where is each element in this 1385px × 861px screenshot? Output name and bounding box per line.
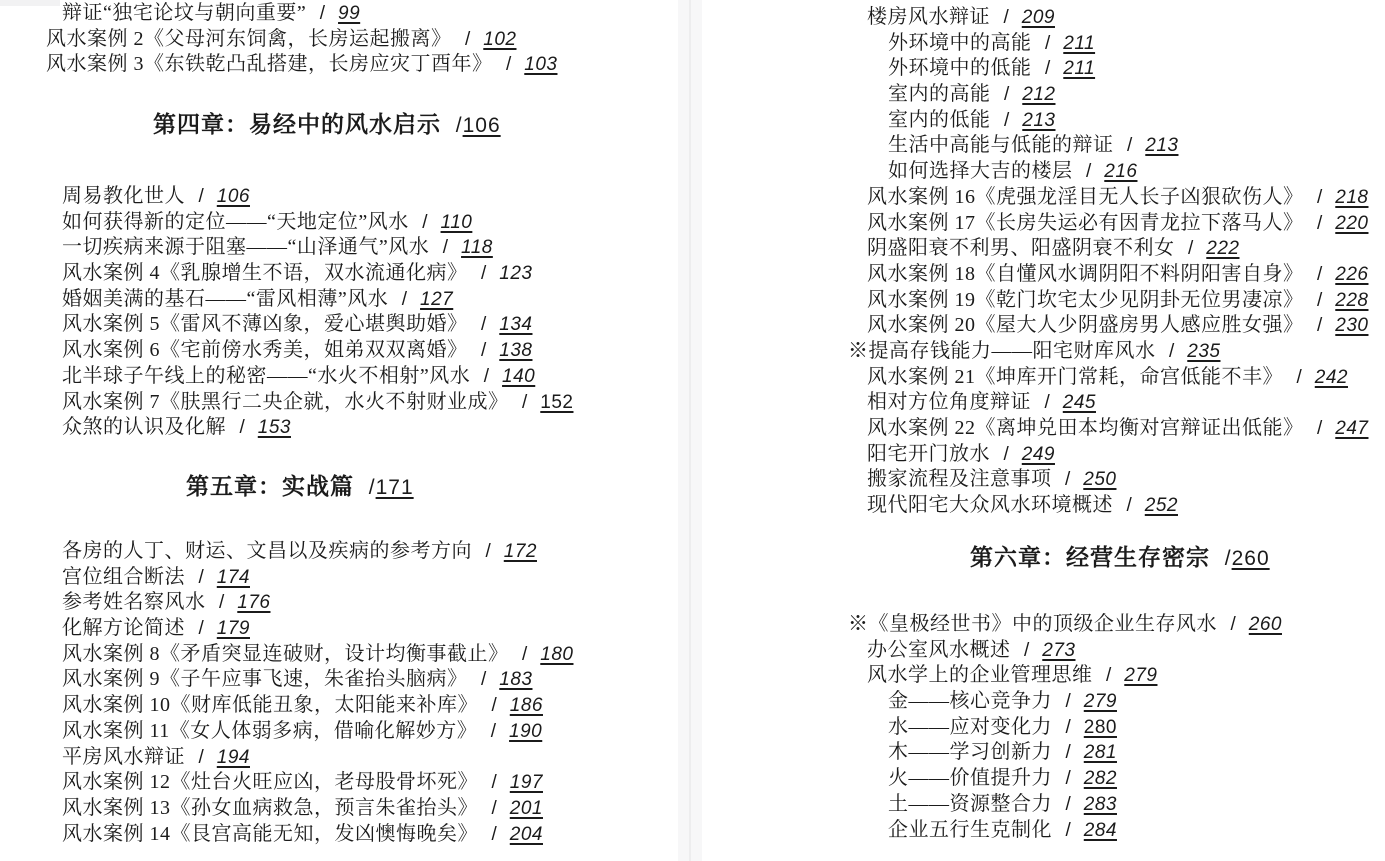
toc-entry: 楼房风水辩证 / 209 — [693, 5, 1385, 31]
toc-entry-title: 风水案例 17《长房失运必有因青龙拉下落马人》 — [867, 212, 1304, 234]
toc-page-number: 127 — [420, 289, 453, 310]
toc-entry-title: 室内的低能 — [888, 109, 991, 131]
toc-entry: 一切疾病来源于阻塞——“山泽通气”风水 / 118 — [0, 235, 692, 261]
toc-entry-title: 各房的人丁、财运、文昌以及疾病的参考方向 — [62, 540, 472, 562]
toc-entry: 参考姓名察风水 / 176 — [0, 590, 692, 616]
toc-page-number: 211 — [1063, 58, 1095, 79]
toc-entry: 如何获得新的定位——“天地定位”风水 / 110 — [0, 210, 692, 236]
toc-entry: 金——核心竞争力 / 279 — [693, 689, 1385, 715]
toc-entry-title: 生活中高能与低能的辩证 — [888, 134, 1114, 156]
toc-separator: / — [492, 824, 498, 845]
toc-page-number: 280 — [1084, 717, 1117, 738]
toc-entry: 阳宅开门放水 / 249 — [693, 442, 1385, 468]
toc-separator: / — [506, 54, 512, 75]
toc-page-number: 138 — [499, 340, 532, 361]
chapter-separator: / — [1225, 547, 1232, 570]
toc-page-number: 282 — [1084, 768, 1117, 789]
toc-entry-title: 如何选择大吉的楼层 — [888, 160, 1073, 182]
toc-entry-title: ※《皇极经世书》中的顶级企业生存风水 — [848, 613, 1217, 635]
toc-page-number: 99 — [338, 3, 360, 24]
toc-entry-title: 风水案例 3《东铁乾凸乱搭建，长房应灾丁酉年》 — [46, 53, 493, 75]
toc-entry-title: 搬家流程及注意事项 — [867, 468, 1052, 490]
toc-entry: 风水案例 14《艮宫高能无知，发凶懊悔晚矣》 / 204 — [0, 822, 692, 848]
toc-page-number: 190 — [509, 721, 542, 742]
toc-entry: 风水案例 9《子午应事飞速，朱雀抬头脑病》 / 183 — [0, 667, 692, 693]
book-toc-spread: 辩证“独宅论坟与朝向重要” / 99 风水案例 2《父母河东饲禽，长房运起搬离》… — [0, 0, 1385, 861]
chapter-heading-6: 第六章：经营生存密宗 /260 — [693, 543, 1385, 574]
toc-entry-title: 一切疾病来源于阻塞——“山泽通气”风水 — [62, 236, 429, 258]
toc-entry: 土——资源整合力 / 283 — [693, 792, 1385, 818]
toc-entry-title: 楼房风水辩证 — [867, 6, 990, 28]
toc-separator: / — [1066, 768, 1072, 789]
toc-entry: 辩证“独宅论坟与朝向重要” / 99 — [0, 1, 692, 27]
toc-separator: / — [1045, 58, 1051, 79]
toc-entry-title: 周易教化世人 — [62, 185, 185, 207]
toc-separator: / — [1066, 691, 1072, 712]
toc-separator: / — [240, 417, 246, 438]
toc-separator: / — [1004, 7, 1010, 28]
chapter-page-number: 260 — [1232, 547, 1270, 570]
toc-list-chapter4: 周易教化世人 / 106 如何获得新的定位——“天地定位”风水 / 110 一切… — [0, 184, 692, 441]
toc-separator: / — [491, 721, 497, 742]
chapter-title: 第六章：经营生存密宗 — [970, 545, 1210, 570]
toc-entry: 风水案例 2《父母河东饲禽，长房运起搬离》 / 102 — [0, 27, 692, 53]
toc-entry-title: 风水案例 7《肤黑行二央企就，水火不射财业成》 — [62, 391, 509, 413]
toc-separator: / — [199, 747, 205, 768]
chapter-separator: / — [456, 114, 463, 137]
toc-separator: / — [492, 772, 498, 793]
toc-separator: / — [486, 541, 492, 562]
toc-page-number: 279 — [1124, 665, 1157, 686]
toc-separator: / — [402, 289, 408, 310]
toc-separator: / — [1086, 161, 1092, 182]
toc-separator: / — [199, 186, 205, 207]
toc-page-number: 152 — [540, 392, 573, 413]
toc-entry-title: 风水案例 14《艮宫高能无知，发凶懊悔晚矣》 — [62, 823, 478, 845]
toc-page-number: 172 — [504, 541, 537, 562]
toc-entry-title: 众煞的认识及化解 — [62, 416, 226, 438]
toc-entry: 风水案例 16《虎强龙淫目无人长子凶狠砍伤人》 / 218 — [693, 185, 1385, 211]
toc-entry-title: 风水案例 12《灶台火旺应凶，老母股骨坏死》 — [62, 771, 478, 793]
toc-separator: / — [1317, 290, 1323, 311]
toc-entry-title: 室内的高能 — [888, 83, 991, 105]
toc-entry-title: 外环境中的高能 — [888, 32, 1032, 54]
toc-page-number: 213 — [1022, 110, 1055, 131]
toc-entry: 室内的高能 / 212 — [693, 82, 1385, 108]
toc-entry-title: 婚姻美满的基石——“雷风相薄”风水 — [62, 288, 388, 310]
toc-entry-title: 相对方位角度辩证 — [867, 391, 1031, 413]
toc-separator: / — [219, 592, 225, 613]
toc-entry-title: 风水案例 16《虎强龙淫目无人长子凶狠砍伤人》 — [867, 186, 1304, 208]
toc-page-number: 204 — [510, 824, 543, 845]
toc-entry-title: 风水学上的企业管理思维 — [867, 664, 1093, 686]
toc-page-number: 218 — [1335, 187, 1368, 208]
toc-page-number: 283 — [1084, 794, 1117, 815]
toc-page-number: 197 — [510, 772, 543, 793]
toc-separator: / — [422, 212, 428, 233]
toc-entry-title: 金——核心竞争力 — [888, 690, 1052, 712]
toc-separator: / — [1004, 110, 1010, 131]
toc-separator: / — [1106, 665, 1112, 686]
toc-entry-title: 风水案例 20《屋大人少阴盛房男人感应胜女强》 — [867, 314, 1304, 336]
toc-entry-title: 外环境中的低能 — [888, 57, 1032, 79]
toc-separator: / — [481, 669, 487, 690]
toc-entry-title: 木——学习创新力 — [888, 741, 1052, 763]
toc-separator: / — [1045, 392, 1051, 413]
toc-separator: / — [492, 695, 498, 716]
toc-entry: 木——学习创新力 / 281 — [693, 740, 1385, 766]
toc-separator: / — [1045, 33, 1051, 54]
toc-entry: 阴盛阳衰不利男、阳盛阴衰不利女 / 222 — [693, 236, 1385, 262]
toc-entry-title: 风水案例 19《乾门坎宅太少见阴卦无位男凄凉》 — [867, 289, 1304, 311]
toc-entry-title: 参考姓名察风水 — [62, 591, 206, 613]
toc-page-number: 209 — [1022, 7, 1055, 28]
toc-entry: 搬家流程及注意事项 / 250 — [693, 467, 1385, 493]
toc-page-number: 249 — [1022, 444, 1055, 465]
toc-page-number: 134 — [499, 314, 532, 335]
chapter-title: 第五章：实战篇 — [186, 474, 354, 499]
chapter-separator: / — [369, 476, 376, 499]
toc-page-number: 153 — [258, 417, 291, 438]
toc-page-number: 279 — [1084, 691, 1117, 712]
toc-separator: / — [1066, 742, 1072, 763]
toc-page-number: 247 — [1335, 418, 1368, 439]
toc-entry: 风水案例 22《离坤兑田本均衡对宫辩证出低能》 / 247 — [693, 416, 1385, 442]
toc-entry: 风水案例 3《东铁乾凸乱搭建，长房应灾丁酉年》 / 103 — [0, 52, 692, 78]
toc-separator: / — [481, 340, 487, 361]
toc-separator: / — [199, 618, 205, 639]
toc-separator: / — [492, 798, 498, 819]
chapter-title: 第四章：易经中的风水启示 — [153, 112, 441, 137]
toc-entry: 北半球子午线上的秘密——“水火不相射”风水 / 140 — [0, 364, 692, 390]
toc-separator: / — [1231, 614, 1237, 635]
toc-separator: / — [1024, 640, 1030, 661]
toc-page-number: 216 — [1104, 161, 1137, 182]
toc-page-number: 118 — [461, 237, 493, 258]
toc-entry: 风水案例 12《灶台火旺应凶，老母股骨坏死》 / 197 — [0, 770, 692, 796]
toc-entry: 风水案例 5《雷风不薄凶象，爱心堪舆助婚》 / 134 — [0, 312, 692, 338]
toc-entry: 风水案例 19《乾门坎宅太少见阴卦无位男凄凉》 / 228 — [693, 288, 1385, 314]
toc-page-number: 103 — [524, 54, 557, 75]
toc-page-number: 176 — [237, 592, 270, 613]
toc-page-number: 242 — [1315, 367, 1348, 388]
toc-page-number: 174 — [217, 567, 250, 588]
toc-page-number: 213 — [1145, 135, 1178, 156]
toc-entry-title: 风水案例 9《子午应事飞速，朱雀抬头脑病》 — [62, 668, 468, 690]
toc-list-chapter5: 各房的人丁、财运、文昌以及疾病的参考方向 / 172 宫位组合断法 / 174 … — [0, 539, 692, 847]
toc-entry: 办公室风水概述 / 273 — [693, 638, 1385, 664]
toc-entry-title: 风水案例 21《坤库开门常耗，命宫低能不丰》 — [867, 366, 1283, 388]
toc-entry: 风水案例 17《长房失运必有因青龙拉下落马人》 / 220 — [693, 211, 1385, 237]
toc-entry-title: 企业五行生克制化 — [888, 819, 1052, 841]
toc-separator: / — [1169, 341, 1175, 362]
toc-page-number: 106 — [217, 186, 250, 207]
chapter-page-number: 171 — [376, 476, 414, 499]
toc-separator: / — [1127, 495, 1133, 516]
toc-list-prelude: 辩证“独宅论坟与朝向重要” / 99 风水案例 2《父母河东饲禽，长房运起搬离》… — [0, 1, 692, 78]
toc-entry-title: 风水案例 13《孙女血病救急，预言朱雀抬头》 — [62, 797, 478, 819]
toc-entry: 化解方论简述 / 179 — [0, 616, 692, 642]
toc-page-number: 212 — [1022, 84, 1055, 105]
toc-entry-title: 平房风水辩证 — [62, 746, 185, 768]
toc-entry-title: 办公室风水概述 — [867, 639, 1011, 661]
toc-entry: 水——应对变化力 / 280 — [693, 715, 1385, 741]
toc-entry: 风水案例 13《孙女血病救急，预言朱雀抬头》 / 201 — [0, 796, 692, 822]
toc-separator: / — [1317, 315, 1323, 336]
toc-entry-title: ※提高存钱能力——阳宅财库风水 — [848, 340, 1156, 362]
toc-entry: 外环境中的高能 / 211 — [693, 31, 1385, 57]
toc-entry-title: 风水案例 8《矛盾突显连破财，设计均衡事截止》 — [62, 643, 509, 665]
toc-separator: / — [1317, 187, 1323, 208]
toc-page-number: 123 — [499, 263, 532, 284]
toc-entry: 风水案例 8《矛盾突显连破财，设计均衡事截止》 / 180 — [0, 642, 692, 668]
toc-entry-title: 风水案例 5《雷风不薄凶象，爱心堪舆助婚》 — [62, 313, 468, 335]
toc-page-number: 260 — [1249, 614, 1282, 635]
toc-entry-title: 风水案例 10《财库低能丑象，太阳能来补库》 — [62, 694, 478, 716]
toc-separator: / — [199, 567, 205, 588]
toc-entry-title: 风水案例 18《自懂风水调阴阳不料阴阳害自身》 — [867, 263, 1304, 285]
toc-page-number: 201 — [510, 798, 543, 819]
toc-list-continuation: 楼房风水辩证 / 209 外环境中的高能 / 211 外环境中的低能 / 211… — [693, 5, 1385, 519]
toc-entry: 企业五行生克制化 / 284 — [693, 818, 1385, 844]
toc-separator: / — [481, 314, 487, 335]
toc-entry-title: 北半球子午线上的秘密——“水火不相射”风水 — [62, 365, 470, 387]
toc-entry: 风水案例 18《自懂风水调阴阳不料阴阳害自身》 / 226 — [693, 262, 1385, 288]
toc-page-number: 228 — [1335, 290, 1368, 311]
toc-entry: 风水案例 7《肤黑行二央企就，水火不射财业成》 / 152 — [0, 390, 692, 416]
toc-separator: / — [465, 29, 471, 50]
toc-entry: 平房风水辩证 / 194 — [0, 745, 692, 771]
toc-entry: 风水学上的企业管理思维 / 279 — [693, 663, 1385, 689]
toc-separator: / — [1317, 264, 1323, 285]
toc-entry: 婚姻美满的基石——“雷风相薄”风水 / 127 — [0, 287, 692, 313]
toc-list-chapter6: ※《皇极经世书》中的顶级企业生存风水 / 260 办公室风水概述 / 273 风… — [693, 612, 1385, 843]
toc-entry: 风水案例 10《财库低能丑象，太阳能来补库》 / 186 — [0, 693, 692, 719]
toc-page-number: 226 — [1335, 264, 1368, 285]
toc-entry: ※提高存钱能力——阳宅财库风水 / 235 — [693, 339, 1385, 365]
toc-entry-title: 风水案例 4《乳腺增生不语，双水流通化病》 — [62, 262, 468, 284]
toc-entry-title: 风水案例 22《离坤兑田本均衡对宫辩证出低能》 — [867, 417, 1304, 439]
toc-entry-title: 风水案例 2《父母河东饲禽，长房运起搬离》 — [46, 28, 452, 50]
toc-separator: / — [1127, 135, 1133, 156]
toc-page-right: 楼房风水辩证 / 209 外环境中的高能 / 211 外环境中的低能 / 211… — [693, 0, 1385, 861]
toc-entry: 生活中高能与低能的辩证 / 213 — [693, 133, 1385, 159]
toc-page-number: 235 — [1187, 341, 1220, 362]
toc-separator: / — [320, 3, 326, 24]
toc-separator: / — [522, 392, 528, 413]
toc-separator: / — [1066, 820, 1072, 841]
toc-entry: 如何选择大吉的楼层 / 216 — [693, 159, 1385, 185]
toc-page-number: 220 — [1335, 213, 1368, 234]
toc-separator: / — [1066, 794, 1072, 815]
toc-page-number: 273 — [1042, 640, 1075, 661]
toc-entry: 周易教化世人 / 106 — [0, 184, 692, 210]
toc-entry: 各房的人丁、财运、文昌以及疾病的参考方向 / 172 — [0, 539, 692, 565]
toc-entry-title: 土——资源整合力 — [888, 793, 1052, 815]
toc-page-number: 230 — [1335, 315, 1368, 336]
toc-page-number: 186 — [510, 695, 543, 716]
toc-page-number: 284 — [1084, 820, 1117, 841]
toc-page-number: 110 — [441, 212, 473, 233]
toc-separator: / — [522, 644, 528, 665]
toc-entry: 火——价值提升力 / 282 — [693, 766, 1385, 792]
toc-entry: 风水案例 6《宅前傍水秀美，姐弟双双离婚》 / 138 — [0, 338, 692, 364]
toc-entry: 风水案例 11《女人体弱多病，借喻化解妙方》 / 190 — [0, 719, 692, 745]
toc-page-left: 辩证“独宅论坟与朝向重要” / 99 风水案例 2《父母河东饲禽，长房运起搬离》… — [0, 0, 692, 861]
toc-entry: 风水案例 20《屋大人少阴盛房男人感应胜女强》 / 230 — [693, 313, 1385, 339]
toc-separator: / — [1065, 469, 1071, 490]
toc-page-number: 281 — [1084, 742, 1117, 763]
chapter-page-number: 106 — [463, 114, 501, 137]
toc-page-number: 211 — [1063, 33, 1095, 54]
toc-entry: 外环境中的低能 / 211 — [693, 56, 1385, 82]
toc-page-number: 140 — [502, 366, 535, 387]
toc-entry-title: 水——应对变化力 — [888, 716, 1052, 738]
toc-separator: / — [1066, 717, 1072, 738]
toc-page-number: 194 — [217, 747, 250, 768]
toc-entry-title: 宫位组合断法 — [62, 566, 185, 588]
toc-entry-title: 阴盛阳衰不利男、阳盛阴衰不利女 — [867, 237, 1175, 259]
toc-entry: 众煞的认识及化解 / 153 — [0, 415, 692, 441]
toc-page-number: 252 — [1145, 495, 1178, 516]
toc-entry: 现代阳宅大众风水环境概述 / 252 — [693, 493, 1385, 519]
toc-page-number: 245 — [1063, 392, 1096, 413]
toc-entry-title: 风水案例 6《宅前傍水秀美，姐弟双双离婚》 — [62, 339, 468, 361]
toc-page-number: 183 — [499, 669, 532, 690]
toc-separator: / — [1004, 84, 1010, 105]
toc-separator: / — [1297, 367, 1303, 388]
toc-page-number: 250 — [1083, 469, 1116, 490]
toc-page-number: 102 — [483, 29, 516, 50]
toc-entry: 室内的低能 / 213 — [693, 108, 1385, 134]
toc-separator: / — [1188, 238, 1194, 259]
toc-separator: / — [481, 263, 487, 284]
toc-page-number: 222 — [1206, 238, 1239, 259]
toc-entry-title: 火——价值提升力 — [888, 767, 1052, 789]
toc-entry-title: 辩证“独宅论坟与朝向重要” — [62, 2, 306, 24]
toc-entry: 风水案例 21《坤库开门常耗，命宫低能不丰》 / 242 — [693, 365, 1385, 391]
toc-entry: 宫位组合断法 / 174 — [0, 565, 692, 591]
toc-separator: / — [443, 237, 449, 258]
toc-separator: / — [1317, 418, 1323, 439]
toc-entry-title: 风水案例 11《女人体弱多病，借喻化解妙方》 — [62, 720, 477, 742]
toc-separator: / — [1317, 213, 1323, 234]
toc-entry: ※《皇极经世书》中的顶级企业生存风水 / 260 — [693, 612, 1385, 638]
toc-page-number: 180 — [540, 644, 573, 665]
toc-entry-title: 阳宅开门放水 — [867, 443, 990, 465]
toc-entry-title: 化解方论简述 — [62, 617, 185, 639]
toc-entry: 相对方位角度辩证 / 245 — [693, 390, 1385, 416]
toc-separator: / — [1004, 444, 1010, 465]
toc-entry-title: 如何获得新的定位——“天地定位”风水 — [62, 211, 409, 233]
toc-entry: 风水案例 4《乳腺增生不语，双水流通化病》 / 123 — [0, 261, 692, 287]
toc-entry-title: 现代阳宅大众风水环境概述 — [867, 494, 1113, 516]
toc-page-number: 179 — [217, 618, 250, 639]
toc-separator: / — [484, 366, 490, 387]
